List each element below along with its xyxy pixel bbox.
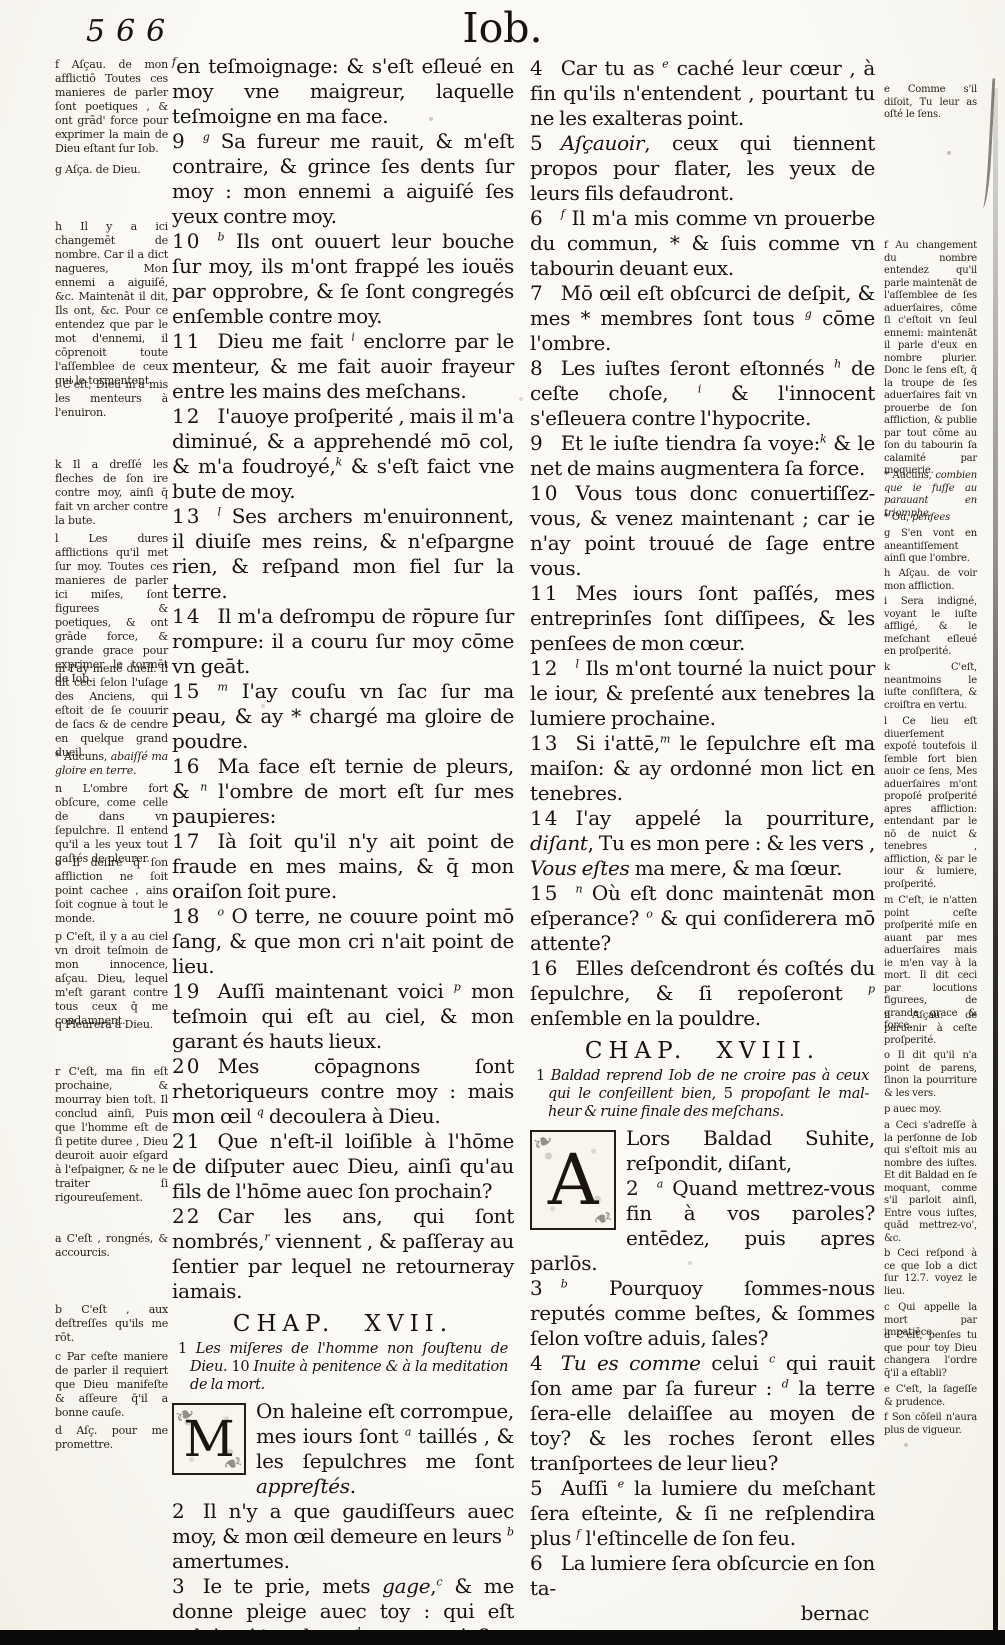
note-mark: g <box>805 307 812 320</box>
verse-number: 7 <box>530 281 545 305</box>
left-margin-notes: f Aſçau. de mon afflictiō Toutes ces man… <box>55 0 168 1645</box>
italic-text: abaiſſé ma gloire en terre. <box>55 750 168 777</box>
note-mark: c <box>769 1352 775 1365</box>
note-mark: o <box>646 907 653 920</box>
verse-number: 15 <box>172 679 201 703</box>
verse: 10Vous tous donc conuertiſſez-vous, & ve… <box>530 481 875 581</box>
margin-note: n Aſçau. de paruenir à ceſte proſperité. <box>884 1010 977 1048</box>
margin-note: d Aſç. pour me promettre. <box>55 1424 168 1452</box>
note-mark: b <box>217 230 224 243</box>
verse: 7Mō œil eſt obſcurci de deſpit, & mes * … <box>530 281 875 356</box>
drop-cap-initial: A <box>530 1130 616 1230</box>
verse-number: 20 <box>172 1054 201 1078</box>
margin-note: b C'eſt , aux deſtreſſes qu'ils me rōt. <box>55 1303 168 1345</box>
note-mark: a <box>657 1177 664 1190</box>
italic-text: penſees <box>912 512 950 523</box>
verse: 11Mes iours ſont paſſés, mes entreprinſe… <box>530 581 875 656</box>
verse: 6La lumiere ſera obſcurcie en ſon ta- <box>530 1551 875 1601</box>
note-mark: m <box>660 732 670 745</box>
verse-number: 15 <box>530 881 559 905</box>
margin-note: e C'eſt, la ſageſſe & prudence. <box>884 1384 977 1409</box>
note-mark: l <box>217 505 221 518</box>
scanned-book-page: 566 Iob. f Aſçau. de mon afflictiō Toute… <box>0 0 1005 1645</box>
chapter-heading: CHAP. XVIII. <box>530 1039 875 1064</box>
bottom-scan-bar <box>0 1630 1005 1645</box>
verse-number: 21 <box>172 1129 201 1153</box>
verse-number: 2 <box>172 1499 187 1523</box>
left-text-column: fen teſmoignage: & s'eſt eſleué en moy v… <box>172 54 514 1645</box>
catchword: bernac <box>530 1601 875 1626</box>
verse-number: 6 <box>530 1551 545 1575</box>
verse-number: 13 <box>172 504 201 528</box>
note-mark: n <box>200 780 207 793</box>
verse: 15n Où eſt donc maintenāt mon eſperance?… <box>530 881 875 956</box>
margin-note: k Il a dreſſé les fleches de ſon ire con… <box>55 458 168 528</box>
italic-text: Inuite à penitence & à la meditation de … <box>190 1359 508 1393</box>
note-mark: e <box>618 1477 625 1490</box>
margin-note: g Aſça. de Dieu. <box>55 163 168 177</box>
verse-number: 9 <box>530 431 545 455</box>
margin-note: a Ceci s'adreſſe à la perſonne de Iob qu… <box>884 1120 977 1245</box>
margin-note: d C'eſt, penſes tu que pour toy Dieu cha… <box>884 1330 977 1380</box>
verse: 15m I'ay couſu vn ſac ſur ma peau, & ay … <box>172 679 514 754</box>
verse: 3b Pourquoy ſommes-nous reputés comme be… <box>530 1276 875 1351</box>
verse: 13Si i'attē,m le ſepulchre eſt ma maiſon… <box>530 731 875 806</box>
verse-number: 19 <box>172 979 201 1003</box>
margin-note: m I'ay mené dueil. Il dit ceci ſelon l'u… <box>55 662 168 760</box>
verse-number: 13 <box>530 731 559 755</box>
verse-number: 5 <box>530 1476 545 1500</box>
margin-note: r C'eſt, ma fin eſt prochaine, & mourray… <box>55 1065 168 1205</box>
note-mark: f <box>561 207 565 220</box>
note-mark: l <box>575 657 579 670</box>
margin-note: * Ou, penſees <box>884 512 977 525</box>
note-mark: k <box>820 432 827 445</box>
verse: 22Car les ans, qui ſont nombrés,r vienne… <box>172 1204 514 1304</box>
right-text-column: 4Car tu as e caché leur cœur , à fin qu'… <box>530 56 875 1626</box>
verse: 11Dieu me fait i enclorre par le menteur… <box>172 329 514 404</box>
margin-note: l Ce lieu eſt diuerſement expoſé toutefo… <box>884 716 977 891</box>
margin-note: g S'en vont en aneantiſſement ainſi que … <box>884 528 977 566</box>
verse-number: 2 <box>626 1176 641 1200</box>
margin-note: h Il y a ici changemēt de nombre. Car il… <box>55 220 168 388</box>
note-mark: q <box>257 1105 264 1118</box>
note-mark: r <box>264 1230 269 1243</box>
verse: 5Auſſi e la lumiere du meſchant ſera eſt… <box>530 1476 875 1551</box>
drop-cap-initial: M <box>172 1403 246 1475</box>
margin-note: q Pleurera à Dieu. <box>55 1018 168 1032</box>
ink-speckles <box>0 0 2 2</box>
note-mark: f <box>172 55 176 68</box>
verse-number: 17 <box>172 829 201 853</box>
italic-text: Aſçauoir <box>561 131 644 155</box>
margin-note: f Au changement du nombre entendez qu'il… <box>884 240 977 478</box>
italic-text: appreſtés <box>256 1474 350 1498</box>
note-mark: d <box>782 1377 789 1390</box>
verse: 12I'auoye proſperité , mais il m'a dimin… <box>172 404 514 504</box>
note-mark: h <box>834 357 841 370</box>
verse-number: 22 <box>172 1204 201 1228</box>
right-margin-notes: e Comme s'il diſoit, Tu leur as oſté le … <box>884 0 977 1645</box>
verse-number: 4 <box>530 1351 545 1375</box>
verse-number: 14 <box>530 806 559 830</box>
chapter-heading: CHAP. XVII. <box>172 1312 514 1337</box>
verse: 20Mes cōpagnons ſont rhetoriqueurs contr… <box>172 1054 514 1129</box>
verse-number: 14 <box>172 604 201 628</box>
note-mark: b <box>561 1277 568 1290</box>
verse-number: 3 <box>530 1276 545 1300</box>
note-mark: f <box>576 1527 580 1540</box>
verse-paragraph: fen teſmoignage: & s'eſt eſleué en moy v… <box>172 54 514 129</box>
verse-number: 12 <box>172 404 201 428</box>
verse-number: 12 <box>530 656 559 680</box>
margin-note: k C'eſt, neantmoins le iuſte conſiſtera,… <box>884 662 977 712</box>
page-edge-line <box>993 88 998 1630</box>
note-mark: i <box>698 382 702 395</box>
verse: 13l Ses archers m'enuironnent, il diuiſe… <box>172 504 514 604</box>
verse: 4Tu es comme celui c qui rauit ſon ame p… <box>530 1351 875 1476</box>
verse: 14Il m'a deſrompu de rōpure ſur rompure:… <box>172 604 514 679</box>
verse-number: 4 <box>530 56 545 80</box>
note-mark: a <box>405 1425 412 1438</box>
verse: 5Aſçauoir, ceux qui tiennent propos pour… <box>530 131 875 206</box>
verse: 6f Il m'a mis comme vn prouerbe du commu… <box>530 206 875 281</box>
verse: 8Les iuſtes ſeront eſtonnés h de ceſte c… <box>530 356 875 431</box>
margin-note: a C'eſt , rongnés, & accourcis. <box>55 1232 168 1260</box>
verse: 21Que n'eſt-il loiſible à l'hōme de diſp… <box>172 1129 514 1204</box>
note-mark: n <box>575 882 582 895</box>
verse: 9Et le iuſte tiendra ſa voye:k & le net … <box>530 431 875 481</box>
note-mark: p <box>868 982 875 995</box>
verse: 14I'ay appelé la pourriture, diſant, Tu … <box>530 806 875 881</box>
verse-number: 6 <box>530 206 545 230</box>
margin-note: c Par ceſte maniere de parler il requier… <box>55 1350 168 1420</box>
margin-note: p C'eſt, il y a au ciel vn droit teſmoin… <box>55 930 168 1028</box>
note-mark: p <box>454 980 461 993</box>
margin-note: e Comme s'il diſoit, Tu leur as oſté le … <box>884 84 977 122</box>
margin-note: h Aſçau. de voir mon affliction. <box>884 568 977 593</box>
verse: 17Ià ſoit qu'il n'y ait point de fraude … <box>172 829 514 904</box>
chapter-summary: 1 Les miſeres de l'homme non ſouſtenu de… <box>190 1340 508 1394</box>
verse-number: 18 <box>172 904 201 928</box>
verse: 9g Sa fureur me rauit, & m'eſt contraire… <box>172 129 514 229</box>
chapter-summary: 1 Baldad reprend Iob de ne croire pas à … <box>548 1067 869 1121</box>
margin-note: n L'ombre fort obſcure, come celle de da… <box>55 782 168 866</box>
italic-text: Tu es comme <box>561 1351 701 1375</box>
note-mark: c <box>436 1575 442 1588</box>
verse-number: 10 <box>530 481 559 505</box>
margin-note: f Aſçau. de mon afflictiō Toutes ces man… <box>55 58 168 156</box>
note-mark: k <box>336 455 343 468</box>
verse: 18o O terre, ne couure point mō ſang, & … <box>172 904 514 979</box>
verse-number: 10 <box>172 229 201 253</box>
note-mark: m <box>217 680 227 693</box>
verse-number: 5 <box>530 131 545 155</box>
note-mark: g <box>203 130 210 143</box>
note-mark: o <box>217 905 224 918</box>
verse-number: 11 <box>172 329 201 353</box>
margin-note: * Aucuns, abaiſſé ma gloire en terre. <box>55 750 168 778</box>
margin-note: i C'eſt, Dieu m'a mis les menteurs à l'e… <box>55 378 168 420</box>
verse-number: 8 <box>530 356 545 380</box>
verse: 2Il n'y a que gaudiſſeurs auec moy, & mo… <box>172 1499 514 1574</box>
verse-number: 16 <box>172 754 201 778</box>
verse-number: 11 <box>530 581 559 605</box>
margin-note: f Son cōſeil n'aura plus de vigueur. <box>884 1412 977 1437</box>
italic-text: gage <box>382 1574 430 1598</box>
margin-note: i Sera indigné, voyant le iuſte affligé,… <box>884 596 977 659</box>
margin-note: o Il deſire q̄ ſon affliction ne ſoit po… <box>55 856 168 926</box>
verse: 4Car tu as e caché leur cœur , à fin qu'… <box>530 56 875 131</box>
verse: 19Auſſi maintenant voici p mon teſmoin q… <box>172 979 514 1054</box>
note-mark: b <box>507 1525 514 1538</box>
verse-number: 3 <box>172 1574 187 1598</box>
italic-text: diſant <box>530 831 588 855</box>
note-mark: i <box>351 330 355 343</box>
verse: 16Elles deſcendront és coſtés du ſepulch… <box>530 956 875 1031</box>
margin-note: b Ceci reſpond à ce que Iob a dict ſur 1… <box>884 1248 977 1298</box>
italic-text: Vous eſtes <box>530 856 630 880</box>
verse: 12l Ils m'ont tourné la nuict pour le io… <box>530 656 875 731</box>
margin-note: p auec moy. <box>884 1104 977 1117</box>
margin-note: o Il dit qu'il n'a point de parens, ſino… <box>884 1050 977 1100</box>
verse: 10b Ils ont ouuert leur bouche ſur moy, … <box>172 229 514 329</box>
verse: 16Ma face eſt ternie de pleurs, & n l'om… <box>172 754 514 829</box>
note-mark: e <box>662 57 669 70</box>
verse-number: 9 <box>172 129 187 153</box>
verse-number: 16 <box>530 956 559 980</box>
